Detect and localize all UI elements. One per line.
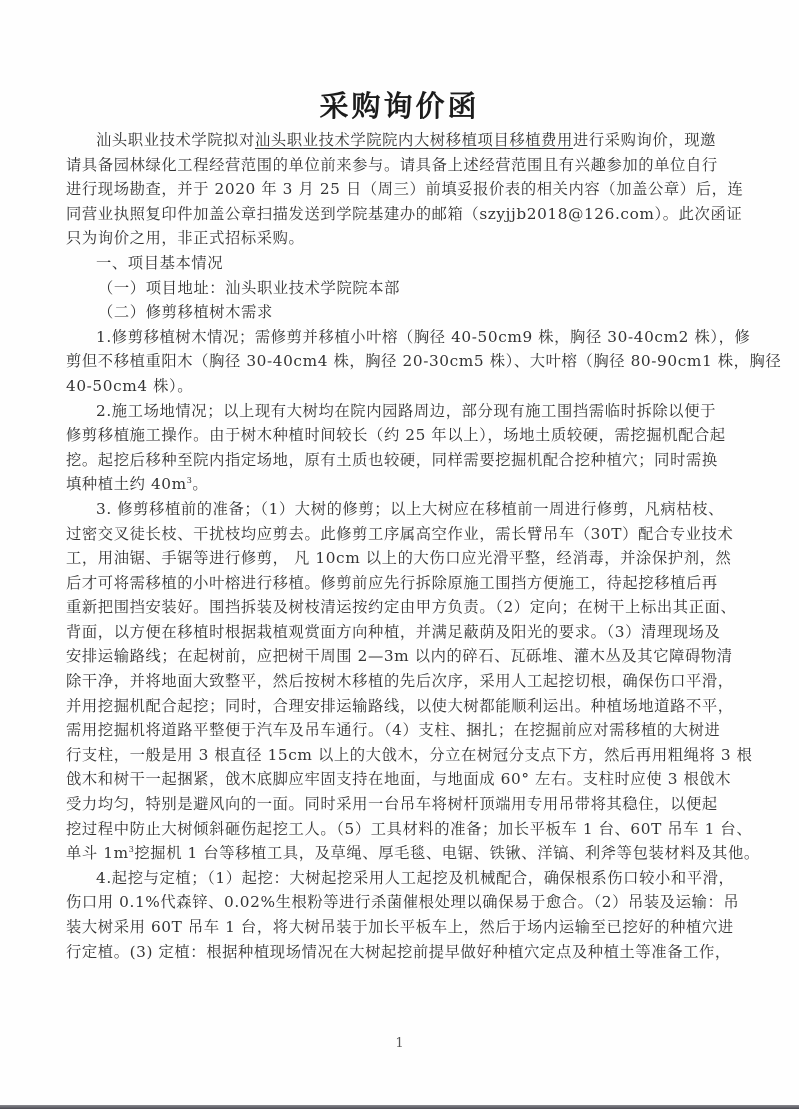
item3-line: 挖过程中防止大树倾斜砸伤起挖工人。（5）工具材料的准备；加长平板车 1 台、60…: [66, 817, 716, 842]
section-heading: 一、项目基本情况: [66, 251, 716, 276]
item3-line: 并用挖掘机配合起挖；同时，合理安排运输路线，以使大树都能顺利运出。种植场地道路不…: [66, 694, 716, 719]
item3-line: 3. 修剪移植前的准备；（1）大树的修剪；以上大树应在移植前一周进行修剪，凡病枯…: [66, 497, 716, 522]
item4-line: 4.起挖与定植；（1）起挖：大树起挖采用人工起挖及机械配合，确保根系伤口较小和平…: [66, 866, 716, 891]
item3-line: 工，用油锯、手锯等进行修剪， 凡 10cm 以上的大伤口应光滑平整，经消毒，并涂…: [66, 546, 716, 571]
item3-line: 戗木和树干一起捆紧，戗木底脚应牢固支持在地面，与地面成 60° 左右。支柱时应使…: [66, 767, 716, 792]
item3-line: 受力均匀，特别是避风向的一面。同时采用一台吊车将树杆顶端用专用吊带将其稳住，以便…: [66, 792, 716, 817]
item1-line: 1.修剪移植树木情况；需修剪并移植小叶榕（胸径 40-50cm9 株，胸径 30…: [66, 325, 716, 350]
intro-line-3: 进行现场勘查，并于 2020 年 3 月 25 日（周三）前填妥报价表的相关内容…: [66, 177, 716, 202]
item2-soil-volume: 填种植土约 40m: [66, 475, 187, 493]
item3-line: 单斗 1m3挖掘机 1 台等移植工具，及草绳、厚毛毯、电锯、铁锹、洋镐、利斧等包…: [66, 841, 716, 866]
page-number: 1: [0, 1036, 799, 1051]
item3-line: 安排运输路线；在起树前，应把树干周围 2—3m 以内的碎石、瓦砾堆、灌木丛及其它…: [66, 644, 716, 669]
scan-bottom-edge: [0, 1105, 799, 1109]
item3-tools-text: 挖掘机 1 台等移植工具，及草绳、厚毛毯、电锯、铁锹、洋镐、利斧等包装材料及其他…: [134, 844, 759, 862]
intro-lead: 汕头职业技术学院拟对: [96, 131, 255, 149]
item3-line: 重新把围挡安装好。围挡拆装及树枝清运按约定由甲方负责。（2）定向；在树干上标出其…: [66, 595, 716, 620]
underlined-project-name: 汕头职业技术学院院内大树移植项目移植费用: [255, 131, 573, 149]
intro-line-4: 同营业执照复印件加盖公章扫描发送到学院基建办的邮箱（szyjjb2018@126…: [66, 202, 716, 227]
item4-line: 伤口用 0.1%代森锌、0.02%生根粉等进行杀菌催根处理以确保易于愈合。（2）…: [66, 890, 716, 915]
item2-line: 挖。起挖后移种至院内指定场地，原有土质也较硬，同样需要挖掘机配合挖种植穴；同时需…: [66, 448, 716, 473]
item2-line: 填种植土约 40m3。: [66, 472, 716, 497]
subsection-requirements: （二）修剪移植树木需求: [66, 300, 716, 325]
item3-line: 除干净，并将地面大致整平，然后按树木移植的先后次序，采用人工起挖切根，确保伤口平…: [66, 669, 716, 694]
item1-line: 40-50cm4 株）。: [66, 374, 716, 399]
intro-line-2: 请具备园林绿化工程经营范围的单位前来参与。请具备上述经营范围且有兴趣参加的单位自…: [66, 153, 716, 178]
intro-line-1: 汕头职业技术学院拟对汕头职业技术学院院内大树移植项目移植费用进行采购询价，现邀: [66, 128, 716, 153]
item4-line: 装大树采用 60T 吊车 1 台，将大树吊装于加长平板车上，然后于场内运输至已挖…: [66, 915, 716, 940]
intro-line-1-tail: 进行采购询价，现邀: [573, 131, 716, 149]
item3-line: 需用挖掘机将道路平整便于汽车及吊车通行。（4）支柱、捆扎；在挖掘前应对需移植的大…: [66, 718, 716, 743]
period: 。: [192, 475, 208, 493]
intro-line-5: 只为询价之用，非正式招标采购。: [66, 226, 716, 251]
document-title: 采购询价函: [0, 84, 799, 125]
document-page: 采购询价函 汕头职业技术学院拟对汕头职业技术学院院内大树移植项目移植费用进行采购…: [0, 0, 799, 1105]
item3-line: 背面，以方便在移植时根据栽植观赏面方向种植，并满足蔽荫及阳光的要求。（3）清理现…: [66, 620, 716, 645]
item1-line: 剪但不移植重阳木（胸径 30-40cm4 株，胸径 20-30cm5 株）、大叶…: [66, 349, 716, 374]
item3-line: 后才可将需移植的小叶榕进行移植。修剪前应先行拆除原施工围挡方便施工，待起挖移植后…: [66, 571, 716, 596]
item4-line: 行定植。(3) 定植：根据种植现场情况在大树起挖前提早做好种植穴定点及种植土等准…: [66, 940, 716, 965]
excavator-bucket-size: 单斗 1m: [66, 844, 129, 862]
document-body: 汕头职业技术学院拟对汕头职业技术学院院内大树移植项目移植费用进行采购询价，现邀 …: [66, 128, 716, 964]
subsection-address: （一）项目地址：汕头职业技术学院院本部: [66, 276, 716, 301]
item2-line: 2.施工场地情况；以上现有大树均在院内园路周边，部分现有施工围挡需临时拆除以便于: [66, 399, 716, 424]
item3-line: 行支柱，一般是用 3 根直径 15cm 以上的大戗木，分立在树冠分支点下方，然后…: [66, 743, 716, 768]
item2-line: 修剪移植施工操作。由于树木种植时间较长（约 25 年以上），场地土质较硬，需挖掘…: [66, 423, 716, 448]
item3-line: 过密交叉徒长枝、干扰枝均应剪去。此修剪工序属高空作业，需长臂吊车（30T）配合专…: [66, 522, 716, 547]
